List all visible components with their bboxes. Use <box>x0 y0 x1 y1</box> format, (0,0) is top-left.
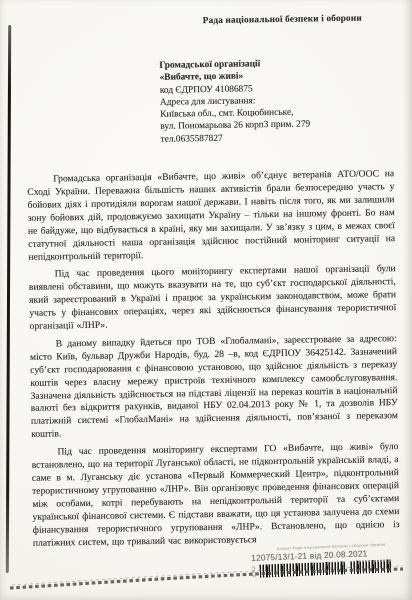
body-paragraph-1: Громадська організація «Вибачте, що живі… <box>27 168 395 264</box>
letter-content: Рада національної безпеки і оборони Гром… <box>25 13 400 555</box>
sender-block: Громадської організації «Вибачте, що жив… <box>159 56 393 146</box>
registration-stamp: Апарат Ради національної безпеки і оборо… <box>251 541 410 578</box>
barcode-icon <box>350 559 391 574</box>
body-paragraph-4: Під час проведення моніторингу експертам… <box>31 441 400 550</box>
stamp-side-code: № КСД <box>251 565 256 578</box>
scanned-letter-page: Рада національної безпеки і оборони Гром… <box>0 0 412 600</box>
body-paragraph-3: В даному випадку йдеться про ТОВ «Глобал… <box>30 333 399 442</box>
letter-body: Громадська організація «Вибачте, що живі… <box>27 168 400 550</box>
body-paragraph-2: Під час проведення цього моніторингу екс… <box>29 264 397 334</box>
sender-phone: тел.0635587827 <box>160 130 393 146</box>
scan-edge-shadow <box>6 25 11 573</box>
recipient-title: Рада національної безпеки і оборони <box>203 13 392 26</box>
barcode-icon <box>259 561 346 577</box>
